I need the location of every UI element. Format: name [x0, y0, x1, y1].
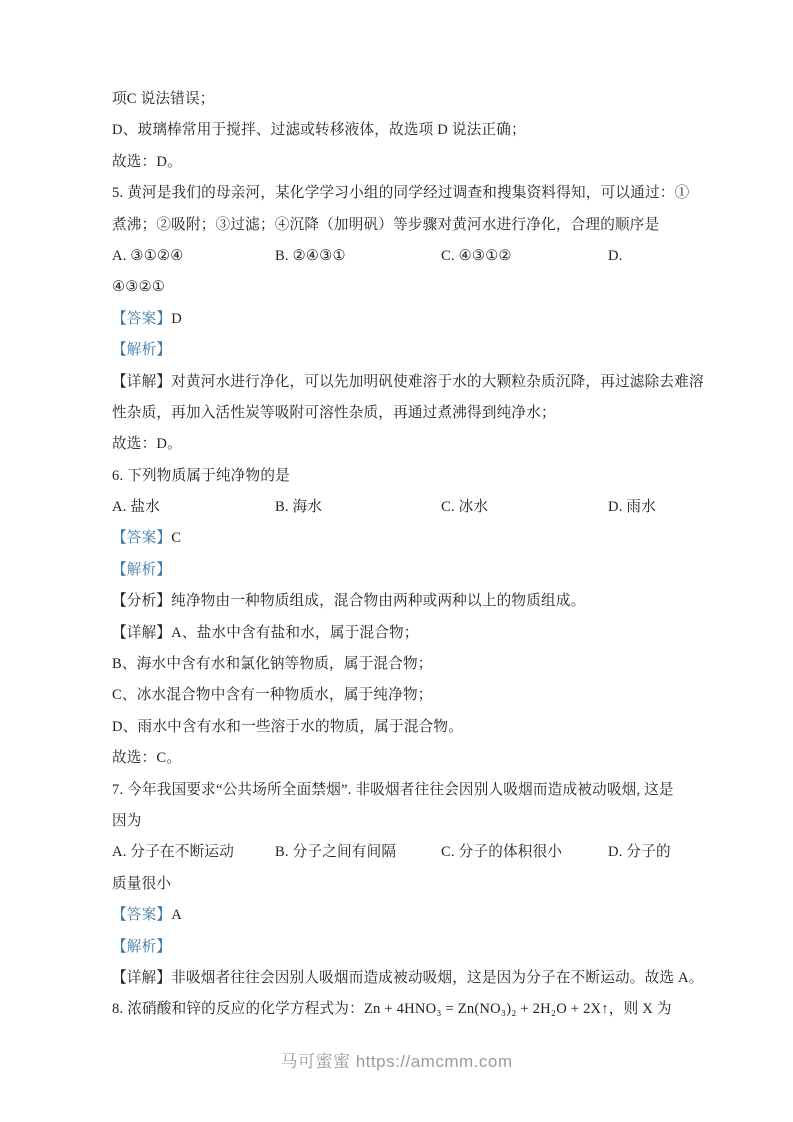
q5-option-b: B. ②④③① — [275, 241, 441, 272]
q7-stem-line2: 因为 — [112, 806, 692, 837]
q5-conclusion: 故选：D。 — [112, 429, 692, 460]
watermark-footer: 马可蜜蜜 https://amcmm.com — [0, 1050, 793, 1074]
q7-answer-value: A — [171, 907, 182, 923]
q6-detail-d: D、雨水中含有水和一些溶于水的物质，属于混合物。 — [112, 712, 692, 743]
q5-options: A. ③①②④ B. ②④③① C. ④③①② D. — [112, 241, 692, 272]
analysis-label: 【解析】 — [112, 939, 171, 955]
q7-stem-line1: 7. 今年我国要求“公共场所全面禁烟”. 非吸烟者往往会因别人吸烟而造成被动吸烟… — [112, 775, 692, 806]
analysis-label: 【解析】 — [112, 562, 171, 578]
q6-options: A. 盐水 B. 海水 C. 冰水 D. 雨水 — [112, 492, 692, 523]
q5-detail-line1: 【详解】对黄河水进行净化，可以先加明矾使难溶于水的大颗粒杂质沉降，再过滤除去难溶 — [112, 367, 692, 398]
q6-analysis-label: 【解析】 — [112, 555, 692, 586]
q5-stem-line1: 5. 黄河是我们的母亲河，某化学学习小组的同学经过调查和搜集资料得知，可以通过：… — [112, 178, 692, 209]
q6-stem: 6. 下列物质属于纯净物的是 — [112, 461, 692, 492]
q7-option-b: B. 分子之间有间隔 — [275, 837, 441, 868]
q7-analysis-label: 【解析】 — [112, 932, 692, 963]
q7-detail: 【详解】非吸烟者往往会因别人吸烟而造成被动吸烟，这是因为分子在不断运动。故选 A… — [112, 963, 692, 994]
q6-analysis: 【分析】纯净物由一种物质组成，混合物由两种或两种以上的物质组成。 — [112, 586, 692, 617]
q7-option-a: A. 分子在不断运动 — [112, 837, 275, 868]
q5-answer-line: 【答案】D — [112, 304, 692, 335]
q5-option-d: D. — [608, 241, 692, 272]
q4-explanation-line-c: 项C 说法错误； — [112, 84, 692, 115]
q7-options: A. 分子在不断运动 B. 分子之间有间隔 C. 分子的体积很小 D. 分子的 — [112, 837, 692, 868]
q5-option-d-wrap: ④③②① — [112, 272, 692, 303]
q4-conclusion: 故选：D。 — [112, 147, 692, 178]
q7-option-c: C. 分子的体积很小 — [441, 837, 608, 868]
q5-option-c: C. ④③①② — [441, 241, 608, 272]
q6-detail-b: B、海水中含有水和氯化钠等物质，属于混合物； — [112, 649, 692, 680]
answer-label: 【答案】 — [112, 907, 171, 923]
q6-option-a: A. 盐水 — [112, 492, 275, 523]
q5-detail-line2: 性杂质，再加入活性炭等吸附可溶性杂质，再通过煮沸得到纯净水； — [112, 398, 692, 429]
q6-conclusion: 故选：C。 — [112, 743, 692, 774]
q5-stem-line2: 煮沸；②吸附；③过滤；④沉降（加明矾）等步骤对黄河水进行净化，合理的顺序是 — [112, 210, 692, 241]
analysis-label: 【解析】 — [112, 342, 171, 358]
q4-explanation-line-d: D、玻璃棒常用于搅拌、过滤或转移液体，故选项 D 说法正确； — [112, 115, 692, 146]
q6-option-c: C. 冰水 — [441, 492, 608, 523]
q6-detail-a: 【详解】A、盐水中含有盐和水，属于混合物； — [112, 618, 692, 649]
document-page: 项C 说法错误； D、玻璃棒常用于搅拌、过滤或转移液体，故选项 D 说法正确； … — [0, 0, 793, 1026]
q6-answer-value: C — [171, 530, 181, 546]
q7-option-d: D. 分子的 — [608, 837, 692, 868]
q6-option-b: B. 海水 — [275, 492, 441, 523]
q7-answer-line: 【答案】A — [112, 900, 692, 931]
q5-analysis-label: 【解析】 — [112, 335, 692, 366]
answer-label: 【答案】 — [112, 311, 171, 327]
q5-option-a: A. ③①②④ — [112, 241, 275, 272]
answer-label: 【答案】 — [112, 530, 171, 546]
q5-answer-value: D — [171, 311, 182, 327]
q6-option-d: D. 雨水 — [608, 492, 692, 523]
q6-detail-c: C、冰水混合物中含有一种物质水，属于纯净物； — [112, 680, 692, 711]
q8-stem: 8. 浓硝酸和锌的反应的化学方程式为：Zn + 4HNO₃ = Zn(NO₃)₂… — [112, 994, 692, 1025]
q7-option-d-wrap: 质量很小 — [112, 869, 692, 900]
q6-answer-line: 【答案】C — [112, 523, 692, 554]
